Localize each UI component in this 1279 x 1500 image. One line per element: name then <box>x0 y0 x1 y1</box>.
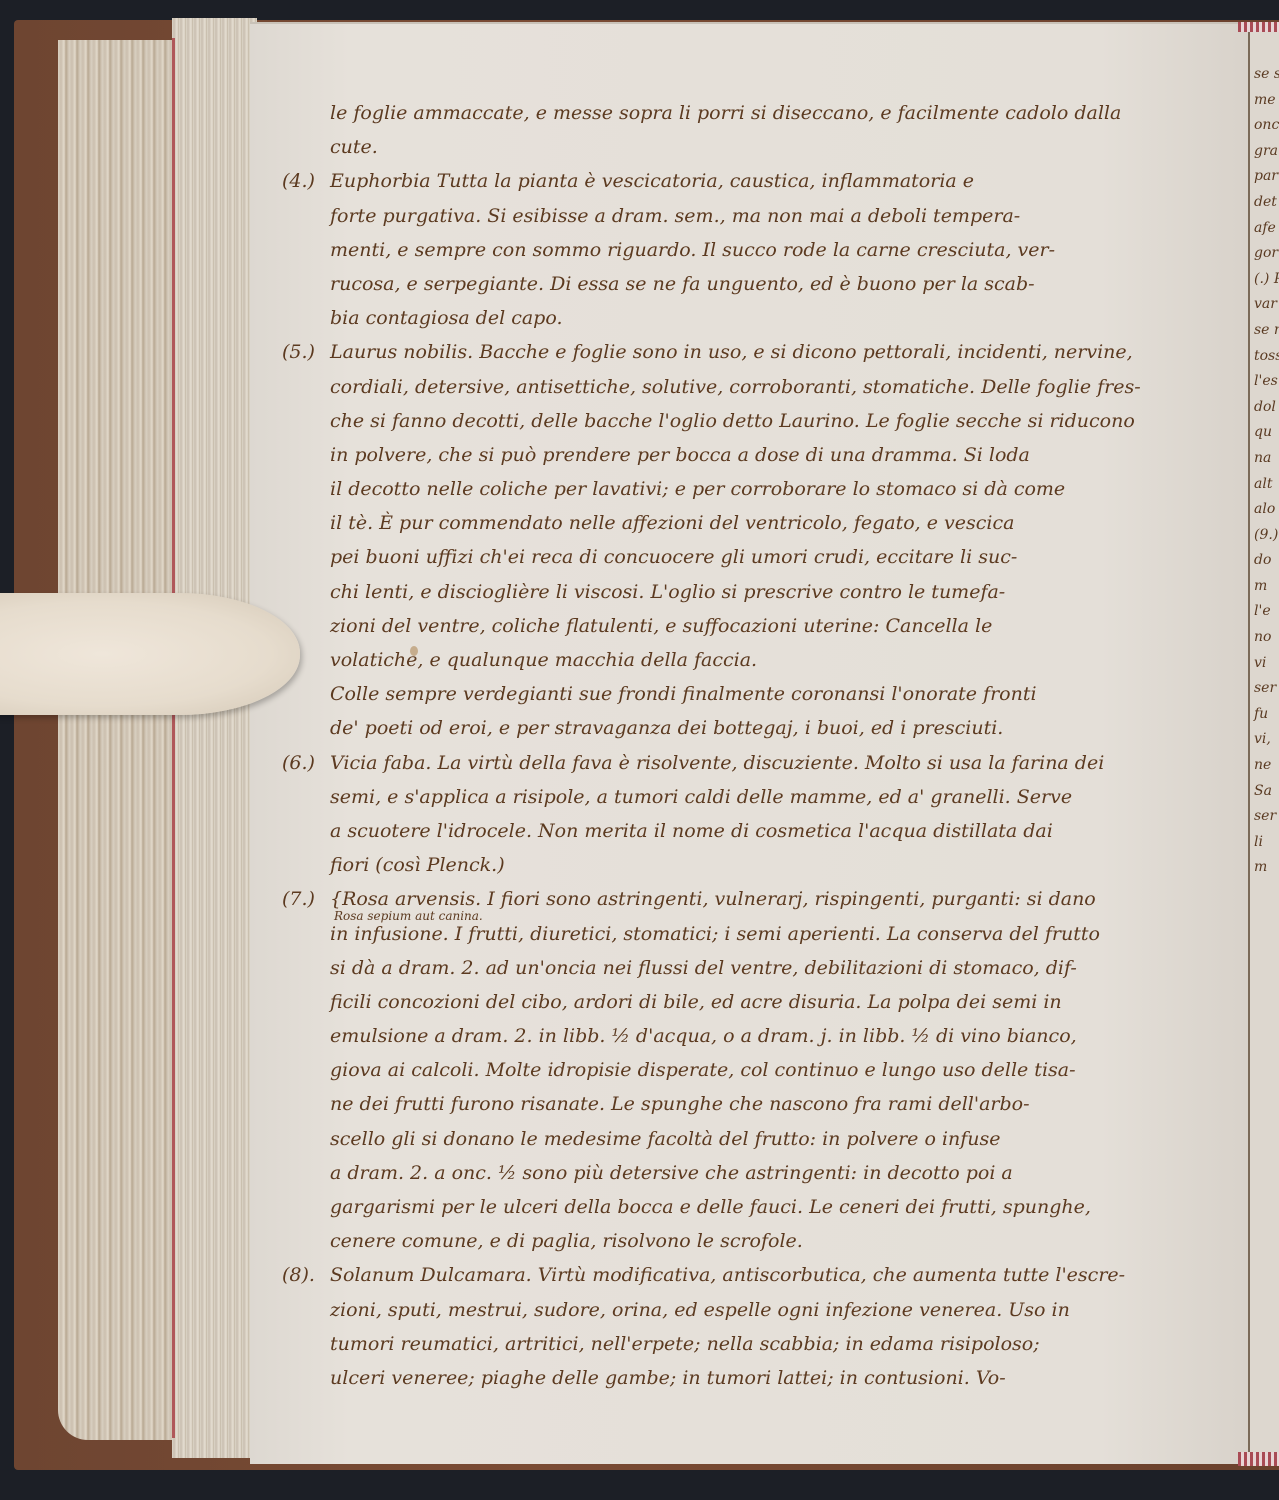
text-line: a dram. 2. a onc. ½ sono più detersive c… <box>282 1156 1242 1190</box>
text-line: semi, e s'applica a risipole, a tumori c… <box>282 780 1242 814</box>
text-line: cenere comune, e di paglia, risolvono le… <box>282 1224 1242 1258</box>
facing-page-fragment: vi, <box>1250 727 1279 753</box>
text-line: Colle sempre verdegianti sue frondi fina… <box>282 677 1242 711</box>
facing-page-fragment: se s <box>1250 62 1279 88</box>
headband-bottom <box>1238 1452 1279 1466</box>
entry-heading-line: (4.)Euphorbia Tutta la pianta è vescicat… <box>282 164 1242 198</box>
text-line: bia contagiosa del capo. <box>282 301 1242 335</box>
text-line: rucosa, e serpegiante. Di essa se ne fa … <box>282 267 1242 301</box>
line-text: {Rosa arvensis. I fiori sono astringenti… <box>330 888 1096 910</box>
text-line: le foglie ammaccate, e messe sopra li po… <box>282 96 1242 130</box>
line-text: che si fanno decotti, delle bacche l'ogl… <box>330 410 1135 432</box>
line-text: ne dei frutti furono risanate. Le spungh… <box>330 1093 1030 1115</box>
text-line: cute. <box>282 130 1242 164</box>
text-line: emulsione a dram. 2. in libb. ½ d'acqua,… <box>282 1019 1242 1053</box>
line-text: menti, e sempre con sommo riguardo. Il s… <box>330 239 1055 261</box>
line-text: in infusione. I frutti, diuretici, stoma… <box>330 923 1100 945</box>
line-text: emulsione a dram. 2. in libb. ½ d'acqua,… <box>330 1025 1077 1047</box>
red-page-edge-rule <box>172 38 175 1438</box>
facing-page-fragment: (.) Papp <box>1250 267 1279 293</box>
line-text: in polvere, che si può prendere per bocc… <box>330 444 1030 466</box>
facing-page-fragment: var <box>1250 292 1279 318</box>
facing-page-fragment: onci <box>1250 113 1279 139</box>
text-line: tumori reumatici, artritici, nell'erpete… <box>282 1327 1242 1361</box>
entry-number: (4.) <box>282 164 330 198</box>
line-text: cute. <box>330 136 378 158</box>
facing-page-fragment: fu <box>1250 702 1279 728</box>
text-line: si dà a dram. 2. ad un'oncia nei flussi … <box>282 951 1242 985</box>
line-text: a dram. 2. a onc. ½ sono più detersive c… <box>330 1162 1013 1184</box>
text-line: cordiali, detersive, antisettiche, solut… <box>282 370 1242 404</box>
line-text: zioni, sputi, mestrui, sudore, orina, ed… <box>330 1299 1070 1321</box>
handwritten-text-block: le foglie ammaccate, e messe sopra li po… <box>282 96 1242 1395</box>
facing-page-fragment: l'e <box>1250 599 1279 625</box>
line-text: cordiali, detersive, antisettiche, solut… <box>330 376 1141 398</box>
line-text: cenere comune, e di paglia, risolvono le… <box>330 1230 803 1252</box>
text-line: che si fanno decotti, delle bacche l'ogl… <box>282 404 1242 438</box>
line-text: Vicia faba. La virtù della fava è risolv… <box>330 752 1104 774</box>
line-text: forte purgativa. Si esibisse a dram. sem… <box>330 205 1020 227</box>
text-line: fiori (così Plenck.) <box>282 848 1242 882</box>
entry-heading-line: (8).Solanum Dulcamara. Virtù modificativ… <box>282 1258 1242 1292</box>
facing-page-fragment: na <box>1250 446 1279 472</box>
facing-page-fragment: m <box>1250 574 1279 600</box>
text-line: a scuotere l'idrocele. Non merita il nom… <box>282 814 1242 848</box>
facing-page-fragment: toss <box>1250 344 1279 370</box>
facing-page-fragment: ne <box>1250 753 1279 779</box>
facing-page-fragment: alt <box>1250 472 1279 498</box>
text-line: zioni del ventre, coliche flatulenti, e … <box>282 609 1242 643</box>
text-line: ficili concozioni del cibo, ardori di bi… <box>282 985 1242 1019</box>
page-edges-inner <box>172 18 257 1458</box>
line-text: chi lenti, e discioglière li viscosi. L'… <box>330 581 1005 603</box>
line-text: semi, e s'applica a risipole, a tumori c… <box>330 786 1072 808</box>
text-line: menti, e sempre con sommo riguardo. Il s… <box>282 233 1242 267</box>
facing-page-fragment: dol <box>1250 395 1279 421</box>
facing-page-fragment: m <box>1250 855 1279 881</box>
facing-page-fragment: ser <box>1250 804 1279 830</box>
line-text: pei buoni uffizi ch'ei reca di concuocer… <box>330 546 1017 568</box>
facing-page-fragment: parv <box>1250 164 1279 190</box>
text-line: ne dei frutti furono risanate. Le spungh… <box>282 1087 1242 1121</box>
line-text: fiori (così Plenck.) <box>330 854 505 876</box>
text-line: ulceri veneree; piaghe delle gambe; in t… <box>282 1361 1242 1395</box>
text-line: gargarismi per le ulceri della bocca e d… <box>282 1190 1242 1224</box>
facing-page-fragment: do <box>1250 548 1279 574</box>
text-line: il decotto nelle coliche per lavativi; e… <box>282 472 1242 506</box>
line-text: si dà a dram. 2. ad un'oncia nei flussi … <box>330 957 1077 979</box>
facing-page-fragment: no <box>1250 625 1279 651</box>
entry-number: (5.) <box>282 335 330 369</box>
line-text: gargarismi per le ulceri della bocca e d… <box>330 1196 1091 1218</box>
text-line: zioni, sputi, mestrui, sudore, orina, ed… <box>282 1293 1242 1327</box>
facing-page-fragment: l'es <box>1250 369 1279 395</box>
facing-page-fragment: se n <box>1250 318 1279 344</box>
entry-number: (8). <box>282 1258 330 1292</box>
line-text: tumori reumatici, artritici, nell'erpete… <box>330 1333 1040 1355</box>
line-text: il decotto nelle coliche per lavativi; e… <box>330 478 1065 500</box>
facing-page-fragment: gran <box>1250 139 1279 165</box>
line-text: rucosa, e serpegiante. Di essa se ne fa … <box>330 273 1035 295</box>
line-text: volatiche, e qualunque macchia della fac… <box>330 649 757 671</box>
line-text: Solanum Dulcamara. Virtù modificativa, a… <box>330 1264 1125 1286</box>
text-line: il tè. È pur commendato nelle affezioni … <box>282 506 1242 540</box>
facing-page-fragment: me <box>1250 88 1279 114</box>
text-line: chi lenti, e discioglière li viscosi. L'… <box>282 575 1242 609</box>
text-line: forte purgativa. Si esibisse a dram. sem… <box>282 199 1242 233</box>
facing-page-sliver: se smeoncigranparvdetafegor(.) Pappvarse… <box>1248 22 1279 1462</box>
line-text: ficili concozioni del cibo, ardori di bi… <box>330 991 1062 1013</box>
text-line: pei buoni uffizi ch'ei reca di concuocer… <box>282 540 1242 574</box>
facing-page-fragment: alo <box>1250 497 1279 523</box>
line-text: zioni del ventre, coliche flatulenti, e … <box>330 615 992 637</box>
line-text: Laurus nobilis. Bacche e foglie sono in … <box>330 341 1133 363</box>
text-line: in polvere, che si può prendere per bocc… <box>282 438 1242 472</box>
facing-page-fragment: (9.) Hy <box>1250 523 1279 549</box>
facing-page-fragment: afe <box>1250 216 1279 242</box>
facing-page-fragment: det <box>1250 190 1279 216</box>
text-line: giova ai calcoli. Molte idropisie disper… <box>282 1053 1242 1087</box>
facing-page-fragment: vi <box>1250 651 1279 677</box>
line-text: il tè. È pur commendato nelle affezioni … <box>330 512 1014 534</box>
line-text: a scuotere l'idrocele. Non merita il nom… <box>330 820 1053 842</box>
text-line: de' poeti od eroi, e per stravaganza dei… <box>282 711 1242 745</box>
line-text: bia contagiosa del capo. <box>330 307 562 329</box>
facing-page-fragment: ser <box>1250 676 1279 702</box>
facing-page-fragment: gor <box>1250 241 1279 267</box>
facing-page-fragment: Sa <box>1250 779 1279 805</box>
entry-heading-line: (6.)Vicia faba. La virtù della fava è ri… <box>282 746 1242 780</box>
entry-number: (6.) <box>282 746 330 780</box>
line-text: ulceri veneree; piaghe delle gambe; in t… <box>330 1367 1006 1389</box>
facing-page-fragment: qu <box>1250 420 1279 446</box>
line-text: Euphorbia Tutta la pianta è vescicatoria… <box>330 170 974 192</box>
page-edges-left <box>58 40 173 1440</box>
text-line: scello gli si donano le medesime facoltà… <box>282 1122 1242 1156</box>
line-text: de' poeti od eroi, e per stravaganza dei… <box>330 717 1003 739</box>
ivory-paper-knife[interactable] <box>0 593 300 715</box>
line-text: giova ai calcoli. Molte idropisie disper… <box>330 1059 1076 1081</box>
facing-page-fragment: li <box>1250 830 1279 856</box>
headband-top <box>1238 22 1279 32</box>
entry-heading-line: (5.)Laurus nobilis. Bacche e foglie sono… <box>282 335 1242 369</box>
text-line: volatiche, e qualunque macchia della fac… <box>282 643 1242 677</box>
line-text: Colle sempre verdegianti sue frondi fina… <box>330 683 1037 705</box>
text-line: in infusione. I frutti, diuretici, stoma… <box>282 917 1242 951</box>
line-text: scello gli si donano le medesime facoltà… <box>330 1128 1001 1150</box>
line-text: le foglie ammaccate, e messe sopra li po… <box>330 102 1121 124</box>
